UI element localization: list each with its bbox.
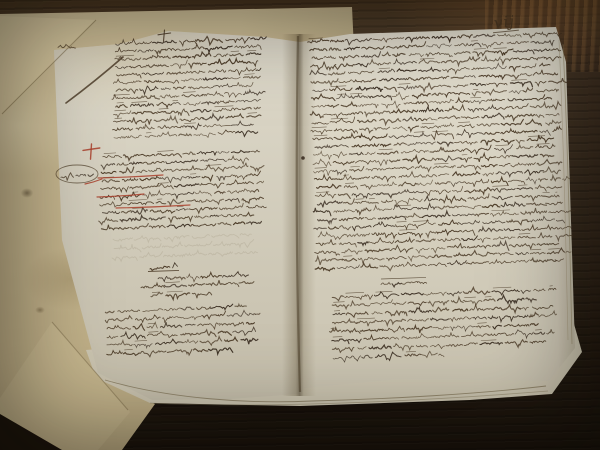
folio-number: vij	[491, 12, 519, 34]
manuscript-photo: vij	[0, 0, 600, 450]
handwriting-ink-overlay	[0, 0, 600, 450]
